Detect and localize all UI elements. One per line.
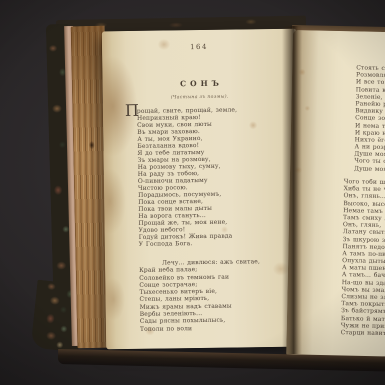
photo-scene: 164 СОНЪ (Частына зъ поэмы). П рощай, св… xyxy=(0,0,385,385)
right-page-text-lower: Чого тоби шкодХиба ты не чуеОнъ, глянь..… xyxy=(341,178,385,337)
page-number: 164 xyxy=(102,42,296,53)
right-page-text-upper: Стоять соРозмовляюИ все то теПовита крЗе… xyxy=(354,64,385,173)
stanza-2: Лечу... дивлюся: ажъ свитае,Край неба па… xyxy=(139,258,261,333)
poem-line: Старци навить xyxy=(341,329,385,337)
stanza-1: Свои муки, свои лютыВъ хмари заховаю.А т… xyxy=(137,120,260,248)
gutter-shadow xyxy=(282,26,302,354)
poem-line: Душе моя у xyxy=(354,165,385,173)
drop-cap-letter: П xyxy=(125,103,139,119)
poem-line: Тополи по воли xyxy=(140,324,261,333)
poem-title: СОНЪ xyxy=(102,78,296,90)
poem-text: П рощай, свите, прощай, земле,Неприязный… xyxy=(137,106,261,333)
left-page: 164 СОНЪ (Частына зъ поэмы). П рощай, св… xyxy=(102,29,300,350)
